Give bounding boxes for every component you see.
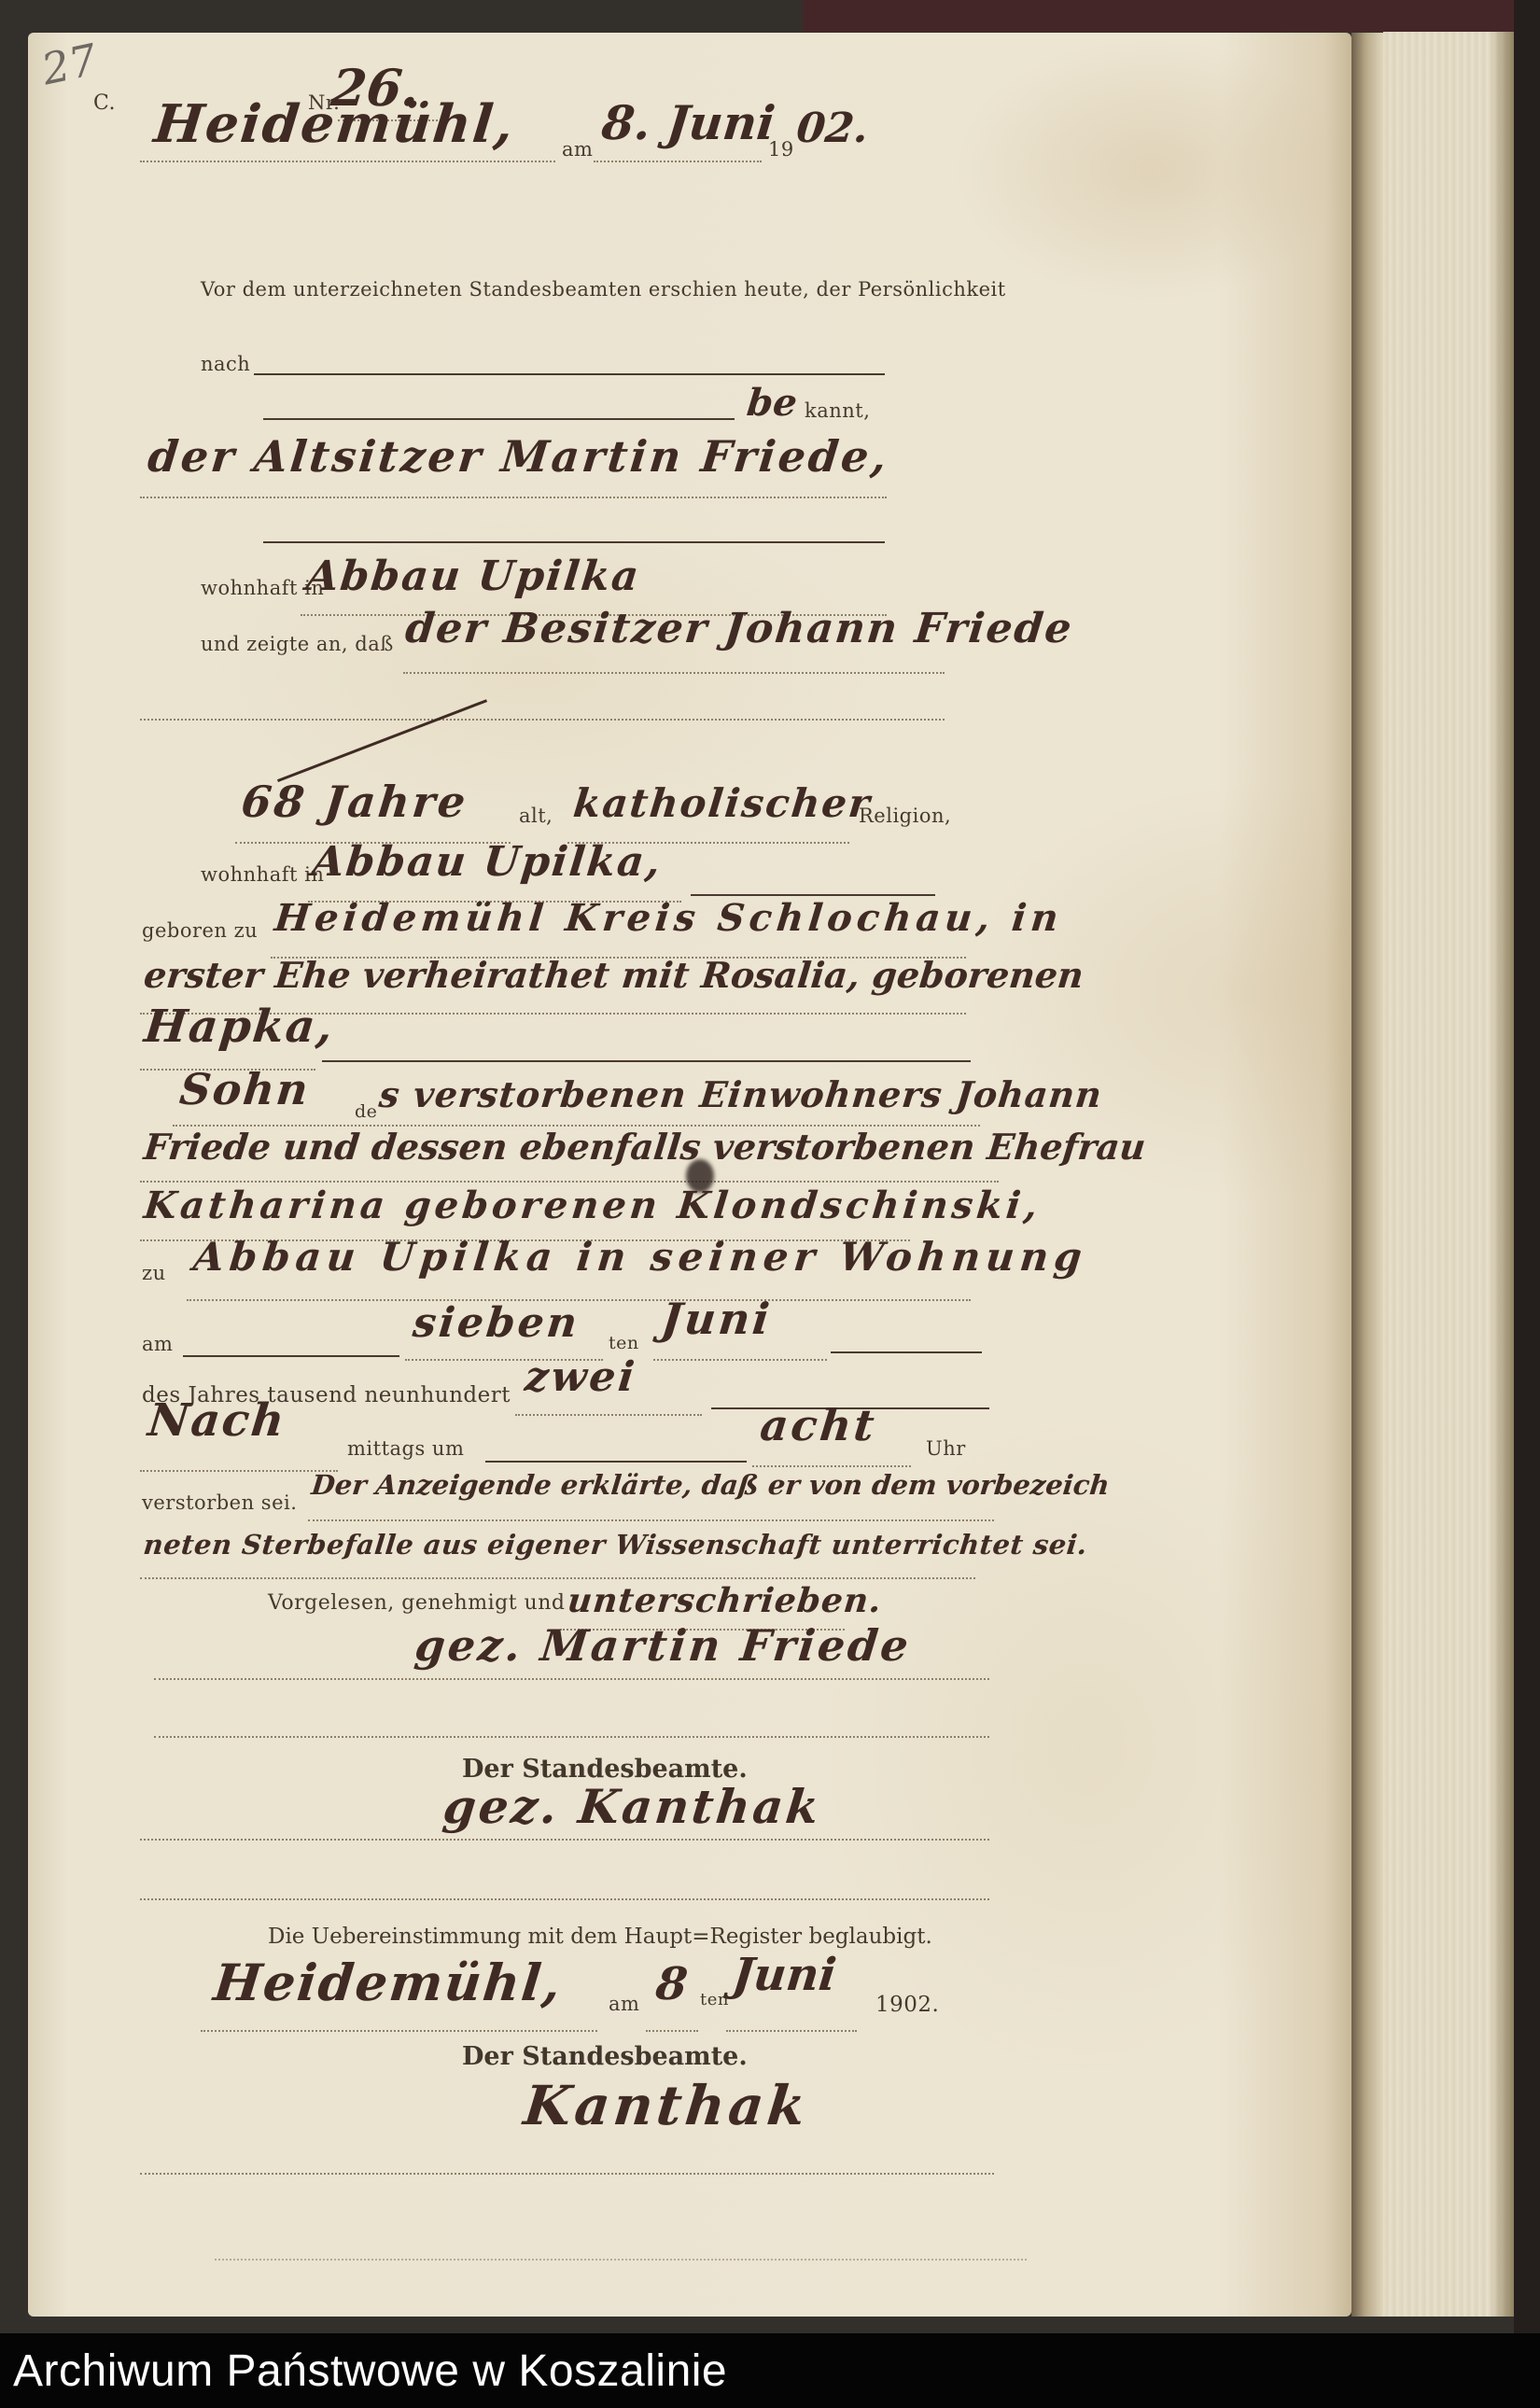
am-label: am: [562, 138, 593, 161]
hw-marriage: erster Ehe verheirathet mit Rosalia, geb…: [142, 954, 1085, 996]
ruled-line: [140, 719, 945, 721]
year-printed: 19: [768, 138, 794, 161]
ruled-line: [154, 1736, 989, 1738]
ruled-line: [653, 1359, 827, 1361]
adjacent-page-edge: [1383, 28, 1514, 2317]
ruled-line: [322, 1060, 971, 1062]
printed-kannt: kannt,: [805, 399, 870, 422]
printed-religion-label: Religion,: [859, 805, 951, 827]
hw-declaration-1: Der Anzeigende erklärte, daß er von dem …: [310, 1469, 1111, 1501]
hw-father-1: s verstorbenen Einwohners Johann: [377, 1073, 1104, 1115]
ruled-line: [140, 1839, 989, 1841]
hw-death-day: sieben: [411, 1299, 582, 1347]
ruled-line: [140, 1577, 975, 1579]
hw-signature-declarant: gez. Martin Friede: [413, 1620, 914, 1671]
printed-de: de: [355, 1101, 377, 1122]
hw-cert-month: Juni: [730, 1949, 839, 2001]
ruled-line: [215, 2259, 1027, 2261]
ruled-line: [726, 2030, 857, 2032]
ruled-line: [154, 1678, 989, 1680]
ruled-line: [140, 497, 887, 498]
record-place: Heidemühl,: [151, 93, 518, 155]
ruled-line: [140, 1898, 989, 1900]
page-fold-shadow: [1351, 33, 1383, 2317]
printed-zu: zu: [142, 1262, 166, 1284]
printed-verstorben: verstorben sei.: [142, 1491, 297, 1514]
printed-nach: nach: [201, 353, 250, 375]
ruled-line: [831, 1351, 982, 1353]
hw-cert-place: Heidemühl,: [211, 1953, 566, 2012]
ruled-line: [201, 2030, 597, 2032]
ruled-line: [140, 1470, 338, 1472]
printed-geboren-zu: geboren zu: [142, 919, 258, 942]
ruled-line: [485, 1461, 747, 1463]
printed-am-death: am: [142, 1333, 173, 1355]
hw-religion: katholischer: [571, 780, 874, 826]
printed-standesbeamte-2: Der Standesbeamte.: [462, 2042, 748, 2071]
printed-intro-line: Vor dem unterzeichneten Standesbeamten e…: [201, 278, 1006, 301]
printed-wohnhaft-2: wohnhaft in: [201, 863, 324, 886]
printed-alt: alt,: [519, 805, 553, 827]
printed-cert-am: am: [609, 1993, 639, 2015]
hw-death-year: zwei: [523, 1353, 639, 1401]
record-date: 8. Juni: [599, 95, 777, 150]
hw-death-place: Abbau Upilka in seiner Wohnung: [191, 1234, 1089, 1280]
hw-cert-signature: Kanthak: [521, 2074, 812, 2137]
printed-zeigte-an: und zeigte an, daß: [201, 633, 394, 655]
printed-cert-ten: ten: [700, 1990, 729, 2009]
ruled-line: [594, 161, 762, 162]
hw-unterschrieben: unterschrieben.: [566, 1581, 884, 1620]
archive-watermark-bar: Archiwum Państwowe w Koszalinie: [0, 2333, 1540, 2408]
printed-vorgelesen: Vorgelesen, genehmigt und: [268, 1591, 565, 1615]
ruled-line: [140, 2173, 994, 2175]
hw-declaration-2: neten Sterbefalle aus eigener Wissenscha…: [142, 1529, 1089, 1561]
printed-mittags-um: mittags um: [347, 1437, 464, 1460]
hw-maiden-name: Hapka,: [142, 1001, 337, 1053]
ruled-line: [263, 418, 735, 420]
ruled-line: [308, 1519, 994, 1521]
ruled-line: [752, 1465, 911, 1467]
hw-be: be: [745, 381, 799, 425]
printed-uhr: Uhr: [926, 1437, 966, 1460]
book-spine-top: [803, 0, 1514, 32]
hw-residence-2: Abbau Upilka,: [310, 838, 665, 886]
hw-death-month: Juni: [659, 1294, 775, 1344]
ruled-line: [515, 1414, 702, 1416]
book-binding: [1514, 0, 1540, 2408]
hw-sohn: Sohn: [177, 1064, 312, 1114]
hw-time-of-day: Nach: [146, 1394, 288, 1447]
ruled-line: [403, 672, 945, 674]
ruled-line: [140, 161, 555, 162]
ruled-line: [646, 2030, 698, 2032]
hw-residence-1: Abbau Upilka: [304, 553, 642, 600]
ruled-line: [254, 373, 885, 375]
ruled-line: [140, 1181, 999, 1183]
hw-birthplace: Heidemühl Kreis Schlochau, in: [273, 896, 1065, 940]
archive-name: Archiwum Państwowe w Koszalinie: [13, 2345, 727, 2397]
hw-deceased-intro: der Besitzer Johann Friede: [403, 605, 1075, 652]
printed-cert-year: 1902.: [875, 1993, 939, 2017]
ruled-line: [183, 1355, 399, 1357]
hw-mother: Katharina geborenen Klondschinski,: [142, 1183, 1043, 1227]
ruled-line: [263, 541, 885, 543]
hw-age: 68 Jahre: [239, 777, 470, 827]
hw-father-2: Friede und dessen ebenfalls verstorbenen…: [142, 1126, 1148, 1168]
scan-canvas: 27 C. Nr. 26. Heidemühl, am 8. Juni 19 0…: [0, 0, 1540, 2408]
hw-declarant: der Altsitzer Martin Friede,: [146, 431, 891, 482]
printed-certification: Die Uebereinstimmung mit dem Haupt=Regis…: [268, 1925, 932, 1949]
year-written: 02.: [794, 105, 871, 152]
hw-signature-registrar: gez. Kanthak: [441, 1779, 824, 1834]
section-letter: C.: [93, 91, 116, 115]
hw-death-hour: acht: [758, 1400, 879, 1450]
hw-cert-day: 8: [653, 1958, 690, 2010]
printed-ten-death: ten: [609, 1333, 639, 1353]
